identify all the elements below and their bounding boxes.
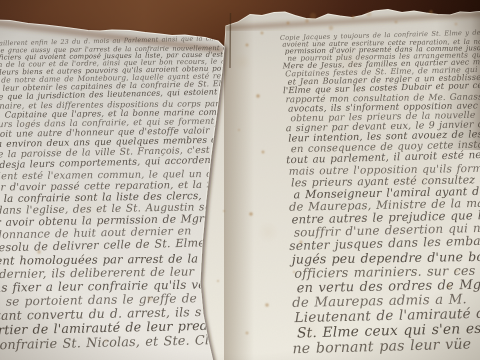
manuscript-photo: Copie Jacques y toujours de la confrairi…	[0, 0, 480, 360]
photo-canvas: Copie Jacques y toujours de la confrairi…	[0, 0, 480, 360]
film-grain-overlay	[0, 0, 480, 360]
